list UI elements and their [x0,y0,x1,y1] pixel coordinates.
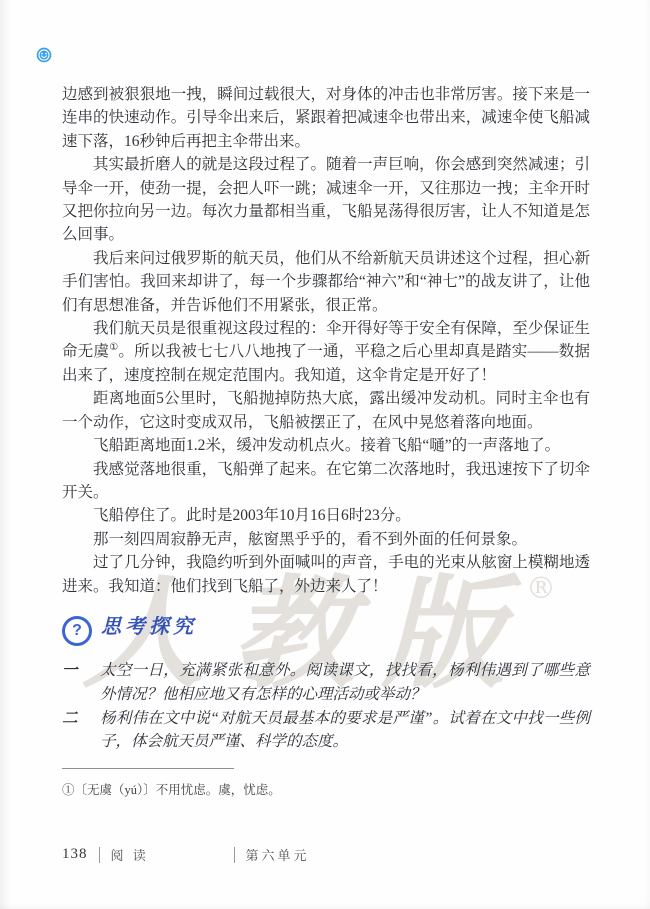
question-text: 太空一日，充满紧张和意外。阅读课文，找找看，杨利伟遇到了哪些意外情况？他相应地又… [100,659,590,707]
footer-divider [234,847,235,863]
footnote-divider [62,768,234,769]
footer-divider [99,847,100,863]
paragraph: 距离地面5公里时，飞船抛掉防热大底，露出缓冲发动机。同时主伞也有一个动作，它这时… [62,387,590,434]
question-mark-icon: ? [62,616,92,646]
section-title: 思考探究 [101,616,197,638]
footer-section-label: 阅 读 [111,845,223,864]
footnote: ①〔无虞（yú）〕不用忧虑。虞，忧虑。 [62,780,281,798]
think-explore-section: ? 思考探究 一 太空一日，充满紧张和意外。阅读课文，找找看，杨利伟遇到了哪些意… [62,616,590,754]
paragraph: 我们航天员是很重视这段过程的：伞开得好等于安全有保障，至少保证生命无虞①。所以我… [62,317,590,387]
paragraph: 飞船距离地面1.2米，缓冲发动机点火。接着飞船“嗵”的一声落地了。 [62,434,590,457]
paragraph: 我感觉落地很重，飞船弹了起来。在它第二次落地时，我迅速按下了切伞开关。 [62,458,590,505]
smiley-icon[interactable] [36,47,52,63]
paragraph: 边感到被狠狠地一拽，瞬间过载很大，对身体的冲击也非常厉害。接下来是一连串的快速动… [62,83,590,153]
question-list: 一 太空一日，充满紧张和意外。阅读课文，找找看，杨利伟遇到了哪些意外情况？他相应… [62,659,590,754]
textbook-page: 人教版® 边感到被狠狠地一拽，瞬间过载很大，对身体的冲击也非常厉害。接下来是一连… [0,0,650,909]
paragraph: 其实最折磨人的就是这段过程了。随着一声巨响，你会感到突然减速；引导伞一开，使劲一… [62,153,590,247]
lesson-body: 边感到被狠狠地一拽，瞬间过载很大，对身体的冲击也非常厉害。接下来是一连串的快速动… [62,83,590,598]
question-text: 杨利伟在文中说“对航天员最基本的要求是严谨”。试着在文中找一些例子，体会航天员严… [100,707,590,755]
section-header: ? 思考探究 [62,616,590,646]
paragraph: 那一刻四周寂静无声，舷窗黑乎乎的，看不到外面的任何景象。 [62,528,590,551]
paragraph-text: 。所以我被七七八八地拽了一通，平稳之后心里却真是踏实——数据出来了，速度控制在规… [62,343,590,383]
page-footer: 138 阅 读 第六单元 [62,845,310,864]
question-mark-glyph: ? [72,622,82,640]
paragraph: 过了几分钟，我隐约听到外面喊叫的声音，手电的光束从舷窗上模糊地透进来。我知道：他… [62,551,590,598]
question-item-2: 二 杨利伟在文中说“对航天员最基本的要求是严谨”。试着在文中找一些例子，体会航天… [62,707,590,755]
page-number: 138 [62,846,88,863]
question-number: 一 [62,659,100,707]
paragraph: 飞船停住了。此时是2003年10月16日6时23分。 [62,504,590,527]
paragraph: 我后来问过俄罗斯的航天员，他们从不给新航天员讲述这个过程，担心新手们害怕。我回来… [62,247,590,317]
question-item-1: 一 太空一日，充满紧张和意外。阅读课文，找找看，杨利伟遇到了哪些意外情况？他相应… [62,659,590,707]
footer-unit-label: 第六单元 [246,845,310,864]
question-number: 二 [62,707,100,755]
